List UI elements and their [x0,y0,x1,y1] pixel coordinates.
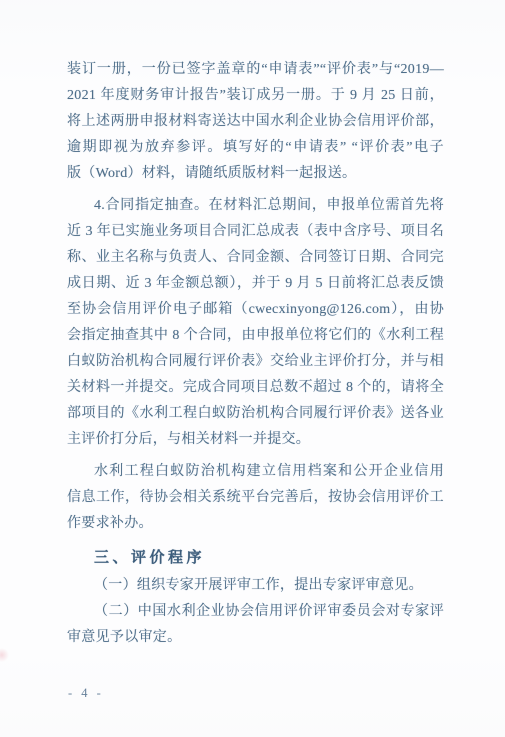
text-line: 装订一册，一份已签字盖章的“申请表”“评价表”与“2019— [67,57,444,83]
text-line: 信息工作，待协会相关系统平台完善后，按协会信用评价工 [67,485,444,511]
scan-artifact [0,648,9,662]
text-line: 4.合同指定抽查。在材料汇总期间，申报单位需首先将 [67,193,444,219]
text-line: 将上述两册申报材料寄送达中国水利企业协会信用评价部， [67,109,444,135]
section-heading: 三、评价程序 [67,545,444,571]
text-line: 审意见予以审定。 [67,625,444,651]
text-line: 2021 年度财务审计报告”装订成另一册。于 9 月 25 日前， [67,83,444,109]
text-line: 会指定抽查其中 8 个合同，由申报单位将它们的《水利工程 [67,323,444,349]
text-line: 逾期即视为放弃参评。填写好的“申请表” “评价表”电子 [67,135,444,161]
text-line: 主评价打分后，与相关材料一并提交。 [67,427,444,453]
text-line: 作要求补办。 [67,511,444,537]
text-line: 关材料一并提交。完成合同项目总数不超过 8 个的，请将全 [67,375,444,401]
document-page: 装订一册，一份已签字盖章的“申请表”“评价表”与“2019—2021 年度财务审… [0,0,505,737]
text-line: 至协会信用评价电子邮箱（cwecxinyong@126.com），由协 [67,297,444,323]
text-line: 部项目的《水利工程白蚁防治机构合同履行评价表》送各业 [67,401,444,427]
text-line: 近 3 年已实施业务项目合同汇总成表（表中含序号、项目名 [67,219,444,245]
document-body: 装订一册，一份已签字盖章的“申请表”“评价表”与“2019—2021 年度财务审… [67,57,444,651]
text-line: （二）中国水利企业协会信用评价评审委员会对专家评 [67,599,444,625]
text-line: （一）组织专家开展评审工作，提出专家评审意见。 [67,573,444,599]
text-line: 成日期、近 3 年金额总额），并于 9 月 5 日前将汇总表反馈 [67,271,444,297]
page-number: - 4 - [68,686,104,701]
text-line: 水利工程白蚁防治机构建立信用档案和公开企业信用 [67,459,444,485]
text-line: 白蚁防治机构合同履行评价表》交给业主评价打分，并与相 [67,349,444,375]
text-line: 称、业主名称与负责人、合同金额、合同签订日期、合同完 [67,245,444,271]
text-line: 版（Word）材料，请随纸质版材料一起报送。 [67,161,444,187]
